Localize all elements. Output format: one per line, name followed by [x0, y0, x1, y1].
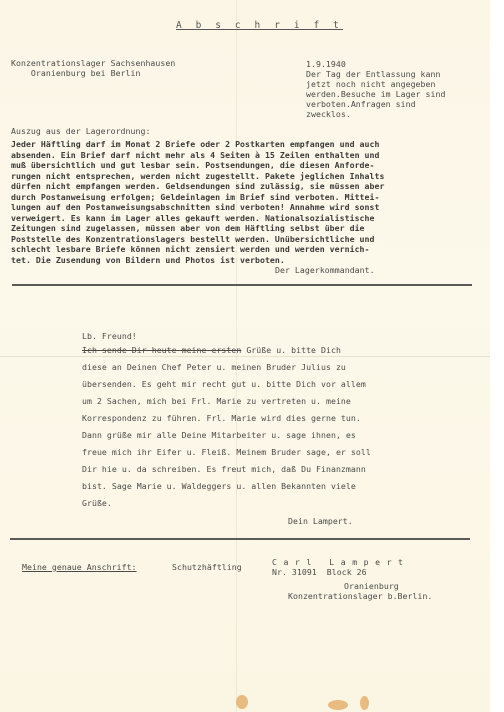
address-camp: Konzentrationslager b.Berlin.	[288, 591, 432, 601]
paper-stain	[236, 695, 248, 709]
address-label: Meine genaue Anschrift:	[22, 562, 137, 572]
letter-line: übersenden. Es geht mir recht gut u. bit…	[82, 379, 366, 389]
regulation-line: tet. Die Zusendung von Bildern und Photo…	[11, 255, 285, 265]
address-city: Oranienburg	[344, 581, 399, 591]
notice-line: jetzt noch nicht angegeben	[306, 79, 435, 89]
notice-line: zwecklos.	[306, 109, 351, 119]
letter-line: diese an Deinen Chef Peter u. meinen Bru…	[82, 362, 346, 372]
regulations-heading: Auszug aus der Lagerordnung:	[11, 126, 150, 136]
regulation-line: Poststelle des Konzentrationslagers best…	[11, 234, 375, 244]
notice-line: werden.Besuche im Lager sind	[306, 89, 445, 99]
letter-line: um 2 Sachen, mich bei Frl. Marie zu vert…	[82, 396, 351, 406]
paper-stain	[360, 696, 369, 710]
regulation-line: Jeder Häftling darf im Monat 2 Briefe od…	[11, 139, 379, 149]
letter-line: Dann grüße mir alle Deine Mitarbeiter u.…	[82, 430, 356, 440]
section-divider	[12, 284, 472, 286]
camp-address-line-2: Oranienburg bei Berlin	[11, 68, 140, 78]
document-page: A b s c h r i f t Konzentrationslager Sa…	[0, 0, 490, 712]
prisoner-name: C a r l L a m p e r t	[272, 557, 404, 567]
regulation-line: lungen auf den Postanweisungsabschnitten…	[11, 202, 379, 212]
document-title: A b s c h r i f t	[176, 21, 343, 31]
paper-stain	[328, 700, 348, 710]
letter-signature: Dein Lampert.	[288, 516, 353, 526]
letter-line: freue mich ihr Eifer u. Fleiß. Meinem Br…	[82, 447, 371, 457]
paper-fold-horizontal	[0, 356, 490, 357]
prisoner-number: Nr. 31091 Block 26	[272, 567, 367, 577]
regulations-signature: Der Lagerkommandant.	[275, 265, 375, 275]
notice-line: Der Tag der Entlassung kann	[306, 69, 440, 79]
regulation-line: dürfen nicht empfangen werden. Geldsendu…	[11, 181, 384, 191]
regulation-line: rungen nicht entsprechen, werden nicht z…	[11, 171, 384, 181]
section-divider	[10, 538, 470, 540]
letter-salutation: Lb. Freund!	[82, 331, 137, 341]
document-date: 1.9.1940	[306, 59, 346, 69]
struck-text: Ich sende Dir heute meine ersten	[82, 345, 241, 355]
letter-line: Dir hie u. da schreiben. Es freut mich, …	[82, 464, 366, 474]
letter-first-line: Ich sende Dir heute meine ersten Grüße u…	[82, 345, 341, 355]
address-status: Schutzhäftling	[172, 562, 242, 572]
letter-line: bist. Sage Marie u. Waldeggers u. allen …	[82, 481, 356, 491]
regulation-line: verweigert. Es kann im Lager alles gekau…	[11, 213, 375, 223]
regulation-line: absenden. Ein Brief darf nicht mehr als …	[11, 150, 379, 160]
letter-text: Grüße u. bitte Dich	[241, 345, 341, 355]
regulation-line: Zeitungen sind zugelassen, müssen aber v…	[11, 223, 365, 233]
regulation-line: schlecht lesbare Briefe können nicht zen…	[11, 244, 370, 254]
notice-line: verboten.Anfragen sind	[306, 99, 416, 109]
regulation-line: muß übersichtlich und gut lesbar sein. P…	[11, 160, 375, 170]
camp-address-line-1: Konzentrationslager Sachsenhausen	[11, 58, 175, 68]
regulation-line: durch Postanweisung erfolgen; Geldeinlag…	[11, 192, 379, 202]
letter-line: Grüße.	[82, 498, 112, 508]
letter-line: Korrespondenz zu führen. Frl. Marie wird…	[82, 413, 361, 423]
